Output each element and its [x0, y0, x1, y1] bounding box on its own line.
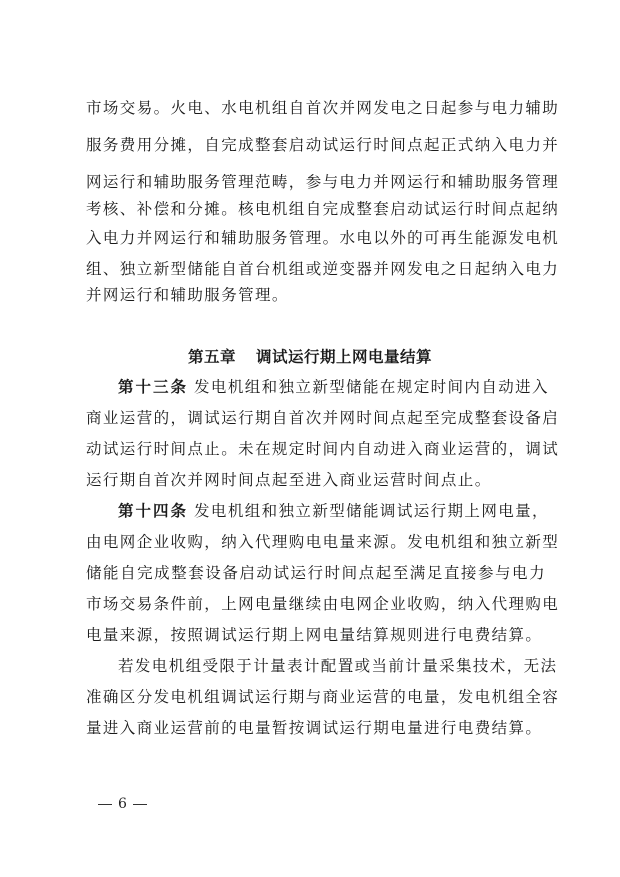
text-line: 市场交易。火电、水电机组自首次并网发电之日起参与电力辅助	[86, 97, 546, 119]
page-footer: 6	[92, 794, 153, 814]
text-line: 由电网企业收购，纳入代理购电电量来源。发电机组和独立新型	[86, 531, 546, 553]
text-line: 量进入商业运营前的电量暂按调试运行期电量进行电费结算。	[86, 717, 546, 739]
text-line: 网运行和辅助服务管理范畴，参与电力并网运行和辅助服务管理	[86, 171, 546, 193]
chapter-number: 第五章	[188, 348, 236, 366]
document-page: 市场交易。火电、水电机组自首次并网发电之日起参与电力辅助 服务费用分摊，自完成整…	[0, 0, 620, 877]
text-line: 市场交易条件前，上网电量继续由电网企业收购，纳入代理购电	[86, 593, 546, 615]
dash-decoration	[133, 804, 147, 805]
text-line: 电量来源，按照调试运行期上网电量结算规则进行电费结算。	[86, 624, 546, 646]
dash-decoration	[98, 804, 112, 805]
text-line: 储能自完成整套设备启动试运行时间点起至满足直接参与电力	[86, 562, 546, 584]
article-text: 发电机组和独立新型储能调试运行期上网电量，	[194, 502, 549, 520]
text-line: 动试运行时间点止。未在规定时间内自动进入商业运营的，调试	[86, 438, 546, 460]
text-line: 组、独立新型储能自首台机组或逆变器并网发电之日起纳入电力	[86, 258, 546, 280]
article-label: 第十四条	[118, 502, 188, 520]
text-line: 第十三条发电机组和独立新型储能在规定时间内自动进入	[118, 376, 546, 398]
text-line: 第十四条发电机组和独立新型储能调试运行期上网电量，	[118, 500, 546, 522]
text-line: 商业运营的，调试运行期自首次并网时间点起至完成整套设备启	[86, 407, 546, 429]
text-line: 考核、补偿和分摊。核电机组自完成整套启动试运行时间点起纳	[86, 198, 546, 220]
chapter-heading: 第五章调试运行期上网电量结算	[0, 346, 620, 368]
text-line: 准确区分发电机组调试运行期与商业运营的电量，发电机组全容	[86, 686, 546, 708]
page-number: 6	[118, 796, 127, 812]
text-line: 运行期自首次并网时间点起至进入商业运营时间点止。	[86, 469, 546, 491]
chapter-title: 调试运行期上网电量结算	[256, 348, 432, 366]
text-line: 若发电机组受限于计量表计配置或当前计量采集技术，无法	[118, 655, 546, 677]
text-line: 并网运行和辅助服务管理。	[86, 284, 546, 306]
text-line: 入电力并网运行和辅助服务管理。水电以外的可再生能源发电机	[86, 227, 546, 249]
text-line: 服务费用分摊，自完成整套启动试运行时间点起正式纳入电力并	[86, 134, 546, 156]
article-text: 发电机组和独立新型储能在规定时间内自动进入	[194, 378, 549, 396]
article-label: 第十三条	[118, 378, 188, 396]
